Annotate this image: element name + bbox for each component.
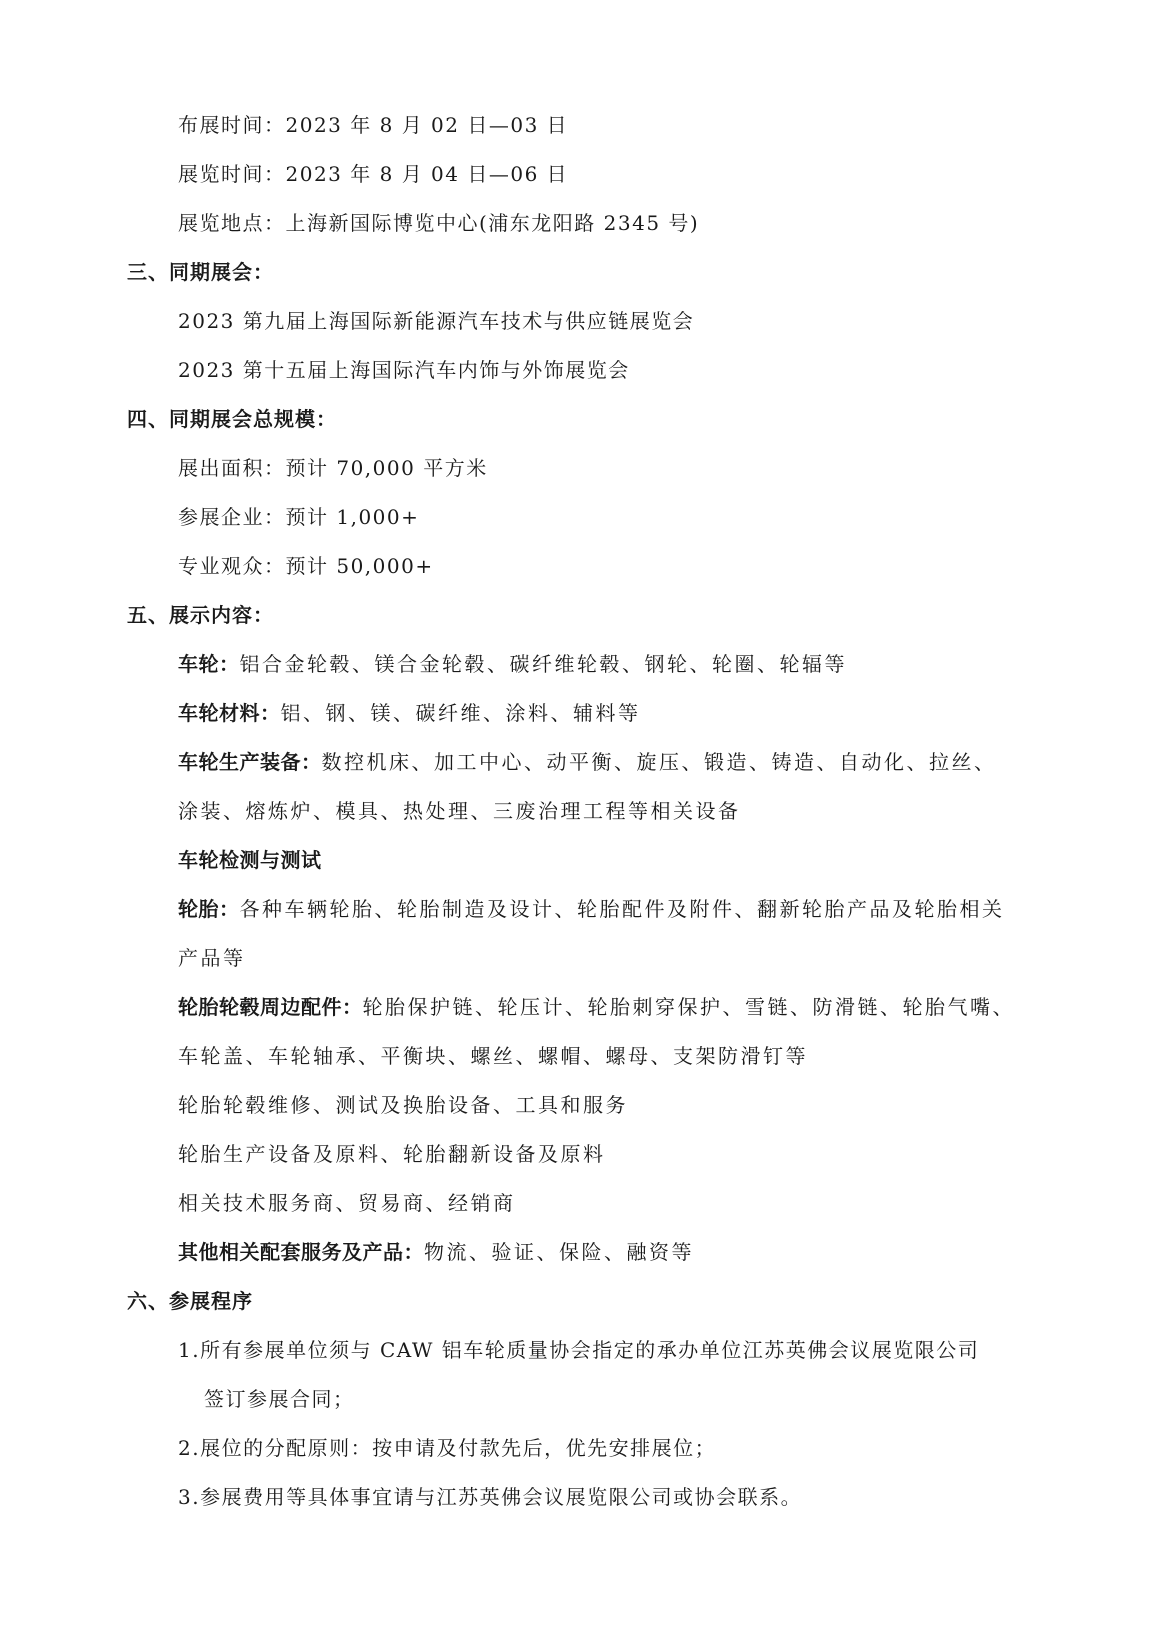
category-label: 车轮生产装备： <box>178 750 322 774</box>
category-label: 车轮： <box>178 652 240 676</box>
exhibit-category-wheel-equipment: 车轮生产装备：数控机床、加工中心、动平衡、旋压、锻造、铸造、自动化、拉丝、 <box>178 748 997 776</box>
category-value: 物流、验证、保险、融资等 <box>424 1240 694 1264</box>
procedure-item-1: 1.所有参展单位须与 CAW 铝车轮质量协会指定的承办单位江苏英佛会议展览限公司 <box>178 1336 979 1364</box>
exhibit-category-wheel-testing: 车轮检测与测试 <box>178 846 322 874</box>
scale-item-visitors: 专业观众：预计 50,000+ <box>178 552 434 580</box>
exhibit-category-tires: 轮胎：各种车辆轮胎、轮胎制造及设计、轮胎配件及附件、翻新轮胎产品及轮胎相关 <box>178 895 1005 923</box>
category-value: 铝合金轮毂、镁合金轮毂、碳纤维轮毂、钢轮、轮圈、轮辐等 <box>240 652 848 676</box>
exhibit-time-label: 展览时间： <box>178 162 286 186</box>
venue-line: 展览地点：上海新国际博览中心(浦东龙阳路 2345 号) <box>178 209 699 237</box>
section-heading-concurrent-shows: 三、同期展会： <box>127 258 274 286</box>
section-heading-scale: 四、同期展会总规模： <box>127 405 337 433</box>
category-value: 轮胎保护链、轮压计、轮胎刺穿保护、雪链、防滑链、轮胎气嘴、 <box>363 995 1016 1019</box>
exhibit-time-value: 2023 年 8 月 04 日—06 日 <box>286 162 569 186</box>
exhibit-category-other: 其他相关配套服务及产品：物流、验证、保险、融资等 <box>178 1238 694 1266</box>
exhibit-category-accessories: 轮胎轮毂周边配件：轮胎保护链、轮压计、轮胎刺穿保护、雪链、防滑链、轮胎气嘴、 <box>178 993 1015 1021</box>
scale-item-exhibitors: 参展企业：预计 1,000+ <box>178 503 419 531</box>
exhibit-category-wheels: 车轮：铝合金轮毂、镁合金轮毂、碳纤维轮毂、钢轮、轮圈、轮辐等 <box>178 650 847 678</box>
exhibit-category-services: 相关技术服务商、贸易商、经销商 <box>178 1189 516 1217</box>
category-value: 各种车辆轮胎、轮胎制造及设计、轮胎配件及附件、翻新轮胎产品及轮胎相关 <box>240 897 1005 921</box>
section-heading-procedure: 六、参展程序 <box>127 1287 253 1315</box>
category-label: 车轮检测与测试 <box>178 848 322 872</box>
concurrent-show-item: 2023 第九届上海国际新能源汽车技术与供应链展览会 <box>178 307 694 335</box>
exhibit-category-tire-production: 轮胎生产设备及原料、轮胎翻新设备及原料 <box>178 1140 606 1168</box>
exhibit-category-wheel-equipment-cont: 涂装、熔炼炉、模具、热处理、三废治理工程等相关设备 <box>178 797 741 825</box>
procedure-item-3: 3.参展费用等具体事宜请与江苏英佛会议展览限公司或协会联系。 <box>178 1483 802 1511</box>
category-value: 铝、钢、镁、碳纤维、涂料、辅料等 <box>281 701 641 725</box>
scale-label: 参展企业： <box>178 505 286 529</box>
scale-value: 预计 1,000+ <box>286 505 420 529</box>
category-label: 其他相关配套服务及产品： <box>178 1240 424 1264</box>
scale-item-area: 展出面积：预计 70,000 平方米 <box>178 454 488 482</box>
venue-value: 上海新国际博览中心(浦东龙阳路 2345 号) <box>286 211 700 235</box>
venue-label: 展览地点： <box>178 211 286 235</box>
exhibit-category-tires-cont: 产品等 <box>178 944 246 972</box>
setup-time-line: 布展时间：2023 年 8 月 02 日—03 日 <box>178 111 568 139</box>
category-label: 车轮材料： <box>178 701 281 725</box>
category-label: 轮胎： <box>178 897 240 921</box>
scale-value: 预计 70,000 平方米 <box>286 456 488 480</box>
exhibit-time-line: 展览时间：2023 年 8 月 04 日—06 日 <box>178 160 568 188</box>
category-value: 数控机床、加工中心、动平衡、旋压、锻造、铸造、自动化、拉丝、 <box>322 750 997 774</box>
concurrent-show-item: 2023 第十五届上海国际汽车内饰与外饰展览会 <box>178 356 630 384</box>
procedure-item-1-cont: 签订参展合同； <box>204 1385 355 1413</box>
exhibit-category-accessories-cont: 车轮盖、车轮轴承、平衡块、螺丝、螺帽、螺母、支架防滑钉等 <box>178 1042 808 1070</box>
exhibit-category-wheel-materials: 车轮材料：铝、钢、镁、碳纤维、涂料、辅料等 <box>178 699 641 727</box>
procedure-item-2: 2.展位的分配原则：按申请及付款先后，优先安排展位； <box>178 1434 716 1462</box>
scale-label: 展出面积： <box>178 456 286 480</box>
category-label: 轮胎轮毂周边配件： <box>178 995 363 1019</box>
setup-time-value: 2023 年 8 月 02 日—03 日 <box>286 113 569 137</box>
exhibit-category-repair: 轮胎轮毂维修、测试及换胎设备、工具和服务 <box>178 1091 628 1119</box>
setup-time-label: 布展时间： <box>178 113 286 137</box>
section-heading-exhibits: 五、展示内容： <box>127 601 274 629</box>
document-page: 布展时间：2023 年 8 月 02 日—03 日 展览时间：2023 年 8 … <box>0 0 1166 1637</box>
scale-label: 专业观众： <box>178 554 286 578</box>
scale-value: 预计 50,000+ <box>286 554 434 578</box>
